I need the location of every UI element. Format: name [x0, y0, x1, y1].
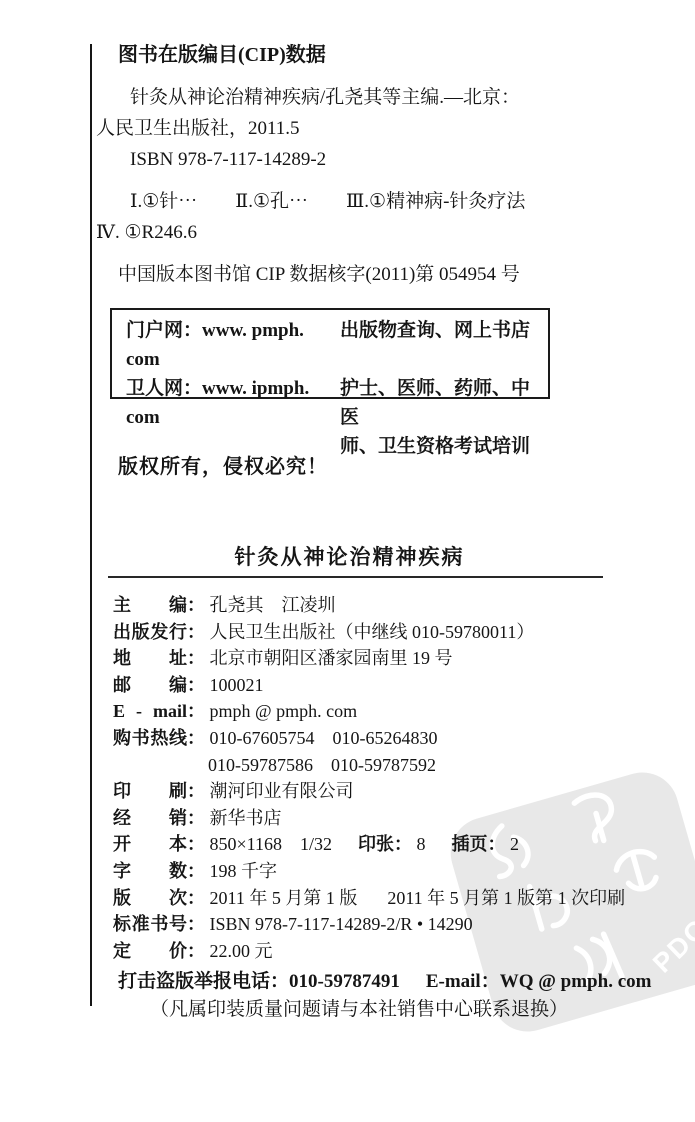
cip-record-number: 中国版本图书馆 CIP 数据核字(2011)第 054954 号: [96, 259, 636, 290]
portal-site-label: 门户网：: [126, 320, 202, 341]
address-row: 地址： 北京市朝阳区潘家园南里 19 号: [113, 645, 653, 672]
copyright-page: PDG 图书在版编目(CIP)数据 针灸从神论治精神疾病/孔尧其等主编.—北京：…: [0, 0, 695, 1122]
health-site-label: 卫人网：: [126, 378, 202, 399]
copyright-warning: 版权所有，侵权必究！: [118, 450, 328, 479]
title-divider: [108, 576, 603, 578]
hotline-row: 购书热线： 010-67605754 010-65264830: [113, 725, 653, 752]
pdg-label: PDG: [648, 912, 695, 979]
publisher-row: 出版发行： 人民卫生出版社（中继线 010-59780011）: [113, 619, 653, 646]
cip-title-line: 针灸从神论治精神疾病/孔尧其等主编.—北京：: [96, 82, 636, 113]
website-row: 卫人网：www. ipmph. com 护士、医师、药师、中医: [126, 374, 544, 432]
anti-piracy-email: E-mail：WQ @ pmph. com: [426, 971, 652, 992]
anti-piracy-line: 打击盗版举报电话：010-59787491E-mail：WQ @ pmph. c…: [118, 966, 651, 993]
edition-row: 版次： 2011 年 5 月第 1 版2011 年 5 月第 1 版第 1 次印…: [113, 885, 653, 912]
return-notice: （凡属印装质量问题请与本社销售中心联系退换）: [150, 994, 568, 1021]
colophon: 主编： 孔尧其 江凌圳 出版发行： 人民卫生出版社（中继线 010-597800…: [113, 592, 653, 964]
portal-site-desc: 出版物查询、网上书店: [340, 316, 530, 374]
format-row: 开本： 850×1168 1/32印张： 8插页： 2: [113, 831, 653, 858]
price-row: 定价： 22.00 元: [113, 938, 653, 965]
hotline-row-cont: 010-59787586 010-59787592: [208, 752, 653, 779]
cip-header: 图书在版编目(CIP)数据: [96, 40, 636, 71]
wordcount-row: 字数： 198 千字: [113, 858, 653, 885]
website-row: 门户网：www. pmph. com 出版物查询、网上书店: [126, 316, 544, 374]
book-title: 针灸从神论治精神疾病: [96, 541, 603, 571]
distributor-row: 经销： 新华书店: [113, 805, 653, 832]
health-site-desc-cont: 师、卫生资格考试培训: [340, 432, 530, 461]
cip-isbn: ISBN 978-7-117-14289-2: [96, 144, 636, 175]
email-row: E - mail： pmph @ pmph. com: [113, 698, 653, 725]
cip-block: 图书在版编目(CIP)数据 针灸从神论治精神疾病/孔尧其等主编.—北京： 人民卫…: [96, 40, 636, 290]
postcode-row: 邮编： 100021: [113, 672, 653, 699]
cip-classification-line1: Ⅰ.①针⋯ Ⅱ.①孔⋯ Ⅲ.①精神病-针灸疗法: [96, 186, 636, 217]
health-site-desc: 护士、医师、药师、中医: [340, 374, 544, 432]
printer-row: 印刷： 潮河印业有限公司: [113, 778, 653, 805]
publisher-websites-box: 门户网：www. pmph. com 出版物查询、网上书店 卫人网：www. i…: [110, 308, 550, 399]
scan-binding-line: [90, 44, 92, 1006]
cip-classification-line2: Ⅳ. ①R246.6: [96, 217, 636, 248]
standard-isbn-row: 标准书号： ISBN 978-7-117-14289-2/R • 14290: [113, 911, 653, 938]
editors-row: 主编： 孔尧其 江凌圳: [113, 592, 653, 619]
cip-publisher-line: 人民卫生出版社，2011.5: [96, 113, 636, 144]
anti-piracy-phone: 打击盗版举报电话：010-59787491: [118, 971, 400, 992]
